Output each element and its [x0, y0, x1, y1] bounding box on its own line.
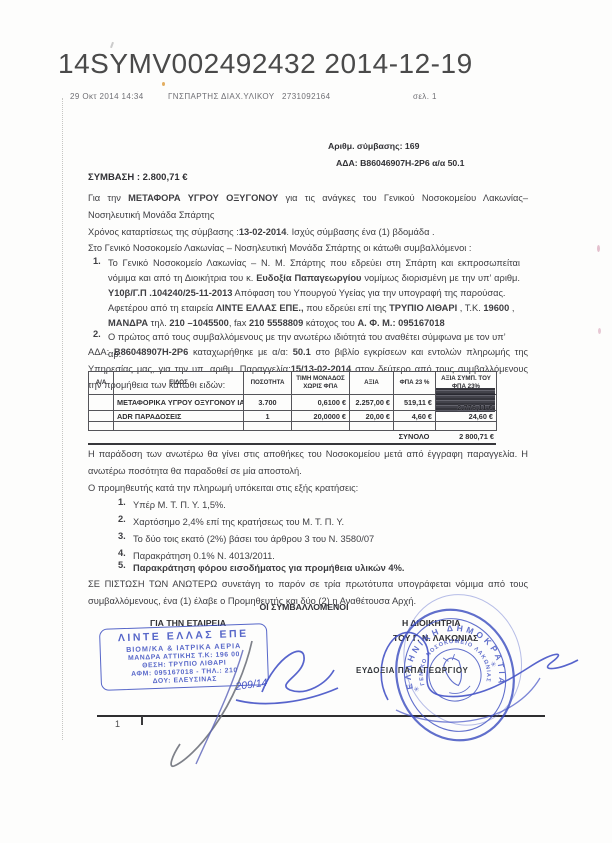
col-header-unit: ΤΙΜΗ ΜΟΝΑΔΟΣ ΧΩΡΙΣ ΦΠΑ: [292, 372, 350, 395]
table-row-empty: [89, 422, 497, 431]
cell-item: ΜΕΤΑΦΟΡΙΚΑ ΥΓΡΟΥ ΟΞΥΓΟΝΟΥ ΙΑΤΡΙΚΟ: [114, 395, 244, 411]
stamp-star-icon: ✳: [413, 685, 421, 694]
delivery-paragraph: Η παράδοση των ανωτέρω θα γίνει στις απο…: [88, 446, 528, 479]
director-title: Η ΔΙΟΙΚΗΤΡΙΑ: [402, 618, 461, 628]
cell-unit: 0,6100 €: [292, 395, 350, 411]
page-footer-rule: [97, 715, 545, 717]
scan-margin-line: [62, 98, 63, 740]
deduction-number: 5.: [118, 560, 126, 570]
registry-code: 14SYMV002492432 2014-12-19: [58, 48, 473, 80]
cell-vat: 4,60 €: [394, 411, 436, 422]
scan-artifact: [597, 245, 600, 252]
col-header-value: ΑΞΙΑ: [350, 372, 394, 395]
fax-page-indicator: σελ. 1: [413, 92, 437, 101]
party-item-1-continued: Αφετέρου από τη εταιρεία ΛΙΝΤΕ ΕΛΛΑΣ ΕΠΕ…: [108, 301, 520, 331]
redacted-total-value: 2.776,11 €: [457, 405, 493, 412]
stamp-star-icon: ✳: [490, 660, 498, 669]
deduction-item: Χαρτόσημο 2,4% επί της κρατήσεως του Μ. …: [133, 514, 513, 531]
fax-number: 2731092164: [282, 92, 331, 101]
deduction-number: 4.: [118, 548, 126, 558]
scanned-contract-page: 14SYMV002492432 2014-12-19 29 Οκτ 2014 1…: [0, 0, 612, 843]
cell-item: ADR ΠΑΡΑΔΟΣΕΙΣ: [114, 411, 244, 422]
deduction-number: 3.: [118, 531, 126, 541]
cell-vat: 519,11 €: [394, 395, 436, 411]
deduction-number: 2.: [118, 514, 126, 524]
scan-artifact: [598, 328, 601, 334]
cell-qty: 3.700: [244, 395, 292, 411]
cell-qty: 1: [244, 411, 292, 422]
ada-header: ΑΔΑ: Β86046907Η-2Ρ6 α/α 50.1: [336, 158, 464, 168]
party-item-1: Το Γενικό Νοσοκομείο Λακωνίας – Ν. Μ. Σπ…: [108, 256, 520, 301]
contract-amount: ΣΥΜΒΑΣΗ : 2.800,71 €: [88, 172, 188, 183]
cell-total: 24,60 €: [436, 411, 497, 422]
cell-value: 20,00 €: [350, 411, 394, 422]
col-header-vat: ΦΠΑ 23 %: [394, 372, 436, 395]
parties-intro: Στο Γενικό Νοσοκομείο Λακωνίας – Νοσηλευ…: [88, 240, 528, 257]
director-name: ΕΥΔΟΞΙΑ ΠΑΠΑΓΕΩΡΓΙΟΥ: [356, 666, 468, 675]
party-item-2-number: 2.: [93, 329, 101, 339]
col-header-qty: ΠΟΣΟΤΗΤΑ: [244, 372, 292, 395]
overprint-redaction: 2.776,11 €: [436, 388, 495, 412]
cell-unit: 20,0000 €: [292, 411, 350, 422]
scan-artifact: [162, 82, 165, 86]
contract-number: Αριθμ. σύμβασης: 169: [328, 141, 419, 151]
contract-duration: Χρόνος καταρτίσεως της σύμβασης :13-02-2…: [88, 224, 528, 241]
signatories-heading: ΟΙ ΣΥΜΒΑΛΛΟΜΕΝΟΙ: [88, 602, 520, 612]
table-bottom-rule: [88, 443, 496, 445]
contract-subject: Για την ΜΕΤΑΦΟΡΑ ΥΓΡΟΥ ΟΞΥΓΟΝΟΥ για τις …: [88, 190, 528, 223]
fax-datetime: 29 Οκτ 2014 14:34: [70, 92, 144, 101]
deductions-intro: Ο προμηθευτής κατά την πληρωμή υπόκειται…: [88, 480, 528, 497]
total-value: 2 800,71 €: [426, 432, 494, 441]
fax-sender: ΓΝΣΠΑΡΤΗΣ ΔΙΑΧ.ΥΛΙΚΟΥ: [168, 92, 275, 101]
deduction-item: Παρακράτηση φόρου εισοδήματος για προμήθ…: [133, 560, 513, 577]
party-item-1-number: 1.: [93, 256, 101, 266]
cell-value: 2.257,00 €: [350, 395, 394, 411]
col-header-item: ΕΙΔΟΣ: [114, 372, 244, 395]
deduction-number: 1.: [118, 497, 126, 507]
cell-aa: [89, 411, 114, 422]
footer-tick-mark: [141, 716, 143, 725]
col-header-aa: Α/Α: [89, 372, 114, 395]
company-stamp: ΛΙΝΤΕ ΕΛΛΑΣ ΕΠΕ ΒΙΟΜ/ΚΑ & ΙΑΤΡΙΚΑ ΑΕΡΙΑ …: [99, 623, 269, 691]
deduction-item: Το δύο τοις εκατό (2%) βάσει του άρθρου …: [133, 531, 513, 548]
director-org: ΤΟΥ Γ. Ν. ΛΑΚΩΝΙΑΣ: [393, 633, 478, 643]
cell-aa: [89, 395, 114, 411]
page-number: 1: [115, 719, 120, 729]
table-row: ADR ΠΑΡΑΔΟΣΕΙΣ 1 20,0000 € 20,00 € 4,60 …: [89, 411, 497, 422]
deduction-item: Υπέρ Μ. Τ. Π. Υ. 1,5%.: [133, 497, 513, 514]
